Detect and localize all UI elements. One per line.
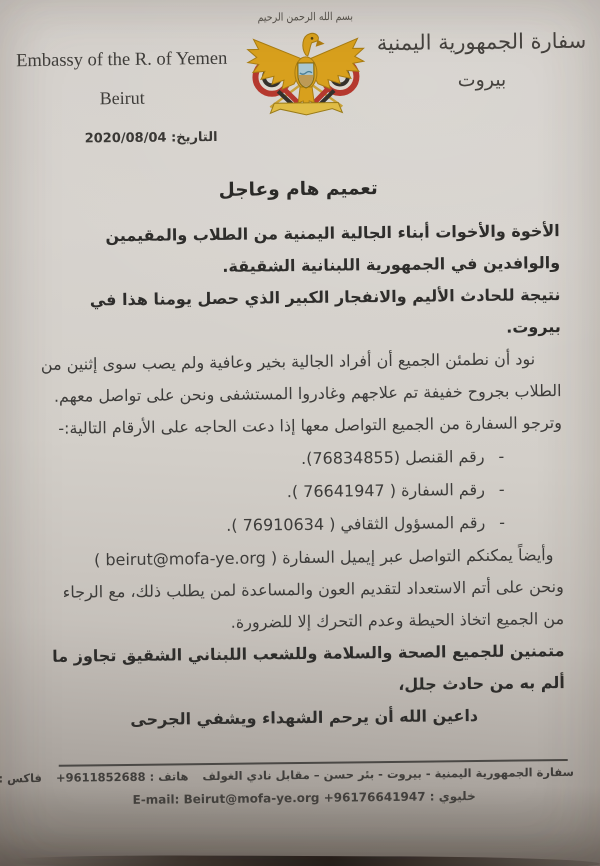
consul-number: رقم القنصل (76834855). [301,447,485,468]
yemen-coat-of-arms-emblem [243,22,368,119]
contact-intro-line: وترجو السفارة من الجميع التواصل معها إذا… [40,407,562,445]
footer-phone-label: هاتف : [149,769,188,783]
prayer-line: داعين الله أن يرحم الشهداء ويشفي الجرحى [43,699,565,737]
golden-eagle-icon [247,33,364,110]
document-sheet: Embassy of the R. of Yemen Beirut بسم ال… [0,0,600,866]
bismillah-calligraphy: بسم الله الرحمن الرحيم [241,10,369,24]
list-dash-marker: - [499,513,505,532]
list-dash-marker: - [499,480,505,499]
footer-email: E-mail: Beirut@mofa-ye.org [132,791,319,807]
date-value: 2020/08/04 [85,130,167,146]
list-item: -رقم السفارة ( 76641947 ). [41,474,505,511]
footer-address-line: سفارة الجمهورية اليمنية - بيروت - بئر حس… [34,765,574,785]
list-dash-marker: - [498,447,504,466]
embassy-number: رقم السفارة ( 76641947 ). [287,480,485,501]
assistance-paragraph: ونحن على أتم الاستعداد لتقديم العون والم… [42,571,565,641]
embassy-city-english: Beirut [2,87,242,111]
document-body: تعميم هام وعاجل الأخوة والأخوات أبناء ال… [37,163,565,737]
footer-mobile-value: +96176641947 [324,790,426,805]
embassy-header-arabic: سفارة الجمهورية اليمنية بيروت [375,29,588,92]
footer-mobile-label: خليوي : [430,789,476,804]
embassy-header-english: Embassy of the R. of Yemen Beirut [2,49,243,111]
embassy-name-english: Embassy of the R. of Yemen [2,49,242,73]
embassy-city-arabic: بيروت [376,68,588,92]
list-item: -رقم المسؤول الثقافي ( 76910634 ). [41,507,505,544]
scanned-document-page: Embassy of the R. of Yemen Beirut بسم ال… [0,0,600,866]
footer-address: سفارة الجمهورية اليمنية - بيروت - بئر حس… [202,765,574,783]
cause-line: نتيجة للحادث الأليم والانفجار الكبير الذ… [38,279,561,349]
date-label: التاريخ: [171,130,218,146]
footer-phone-value: +9611852688 [56,770,146,785]
wishes-line: متمنين للجميع الصحة والسلامة وللشعب اللب… [42,635,565,705]
embassy-name-arabic: سفارة الجمهورية اليمنية [375,29,587,55]
date-line: التاريخ: 2020/08/04 [85,130,218,147]
salutation-paragraph: الأخوة والأخوات أبناء الجالية اليمنية من… [38,215,561,285]
footer-fax-label: فاكس : [0,771,42,785]
contact-numbers-list: -رقم القنصل (76834855). -رقم السفارة ( 7… [40,440,563,544]
list-item: -رقم القنصل (76834855). [40,441,504,478]
embassy-email-address: ( beirut@mofa-ye.org ) [94,548,277,569]
footer-contact-line: خليوي : +96176641947 E-mail: Beirut@mofa… [34,788,574,808]
emblem-block: بسم الله الرحمن الرحيم [241,11,370,123]
email-line-text: وأيضاً يمكنكم التواصل عبر إيميل السفارة [282,545,553,567]
cultural-officer-number: رقم المسؤول الثقافي ( 76910634 ). [226,513,485,535]
scroll-banner-icon [270,102,342,115]
circular-title: تعميم هام وعاجل [37,171,559,209]
chest-shield-icon [298,63,314,88]
reassurance-paragraph: نود أن نطمئن الجميع أن أفراد الجالية بخي… [39,343,562,413]
